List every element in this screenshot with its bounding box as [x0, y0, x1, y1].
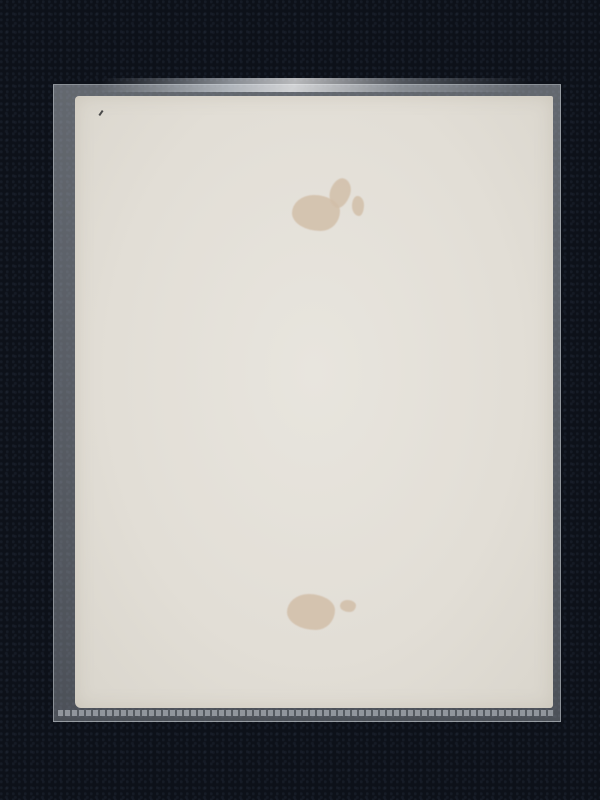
stain-bottom-fragment	[340, 600, 356, 612]
stain-top-fragment	[352, 196, 364, 216]
sleeve-perforation	[58, 710, 554, 716]
sleeve-glare	[97, 78, 532, 92]
